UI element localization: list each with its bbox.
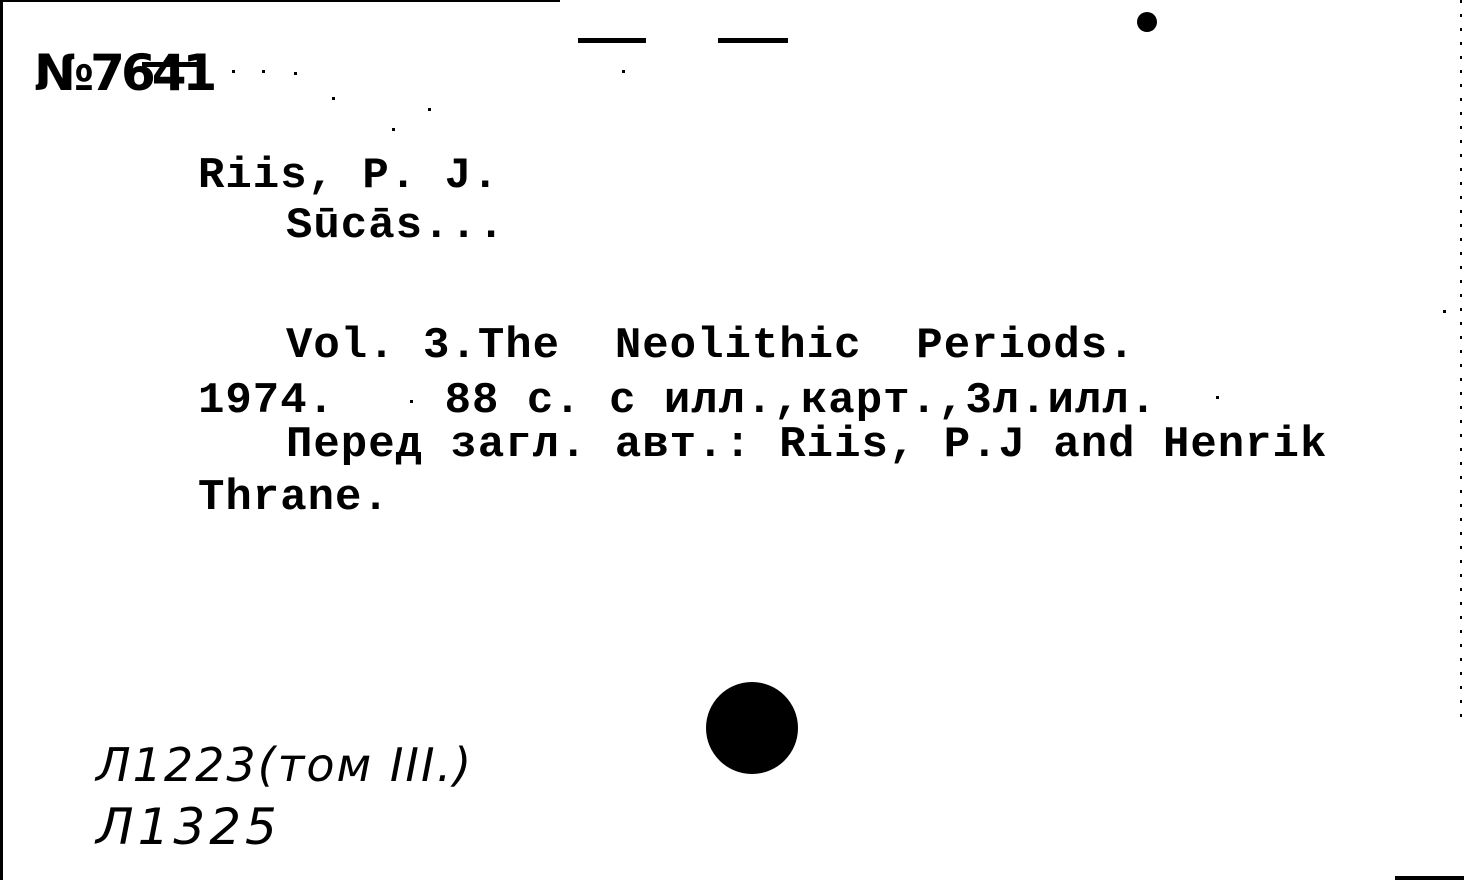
speck — [392, 128, 395, 131]
imprint-line: 1974. 88 с. с илл.,карт.,3л.илл. — [198, 377, 1157, 425]
speck — [262, 70, 265, 73]
top-dash-left — [578, 38, 646, 43]
inventory-underline — [142, 62, 198, 67]
speck — [232, 70, 235, 73]
top-dash-right — [718, 38, 788, 43]
card-edge-right — [1460, 0, 1462, 720]
note-line-1: Перед загл. авт.: Riis, P.J and Henrik — [286, 421, 1327, 469]
card-edge-top — [0, 0, 560, 2]
author-heading: Riis, P. J. — [198, 152, 499, 200]
call-number-2: Л1325 — [96, 798, 281, 856]
speck — [622, 70, 625, 73]
speck — [410, 400, 413, 403]
catalog-card: №7641 Riis, P. J. Sūcās... Vol. 3.The Ne… — [0, 0, 1464, 880]
speck — [294, 72, 297, 75]
speck — [332, 97, 335, 100]
title-short: Sūcās... — [286, 202, 505, 250]
inventory-number: №7641 — [34, 44, 213, 102]
speck — [1443, 310, 1446, 313]
top-punch-mark — [1137, 12, 1157, 32]
card-edge-left — [0, 0, 3, 880]
note-line-2: Thrane. — [198, 474, 390, 522]
card-edge-bottom — [1395, 876, 1464, 880]
volume-line: Vol. 3.The Neolithic Periods. — [286, 322, 1136, 370]
punch-hole — [706, 682, 798, 774]
speck — [428, 108, 431, 111]
speck — [1216, 396, 1219, 399]
call-number-1: Л1223(том III.) — [96, 738, 473, 792]
